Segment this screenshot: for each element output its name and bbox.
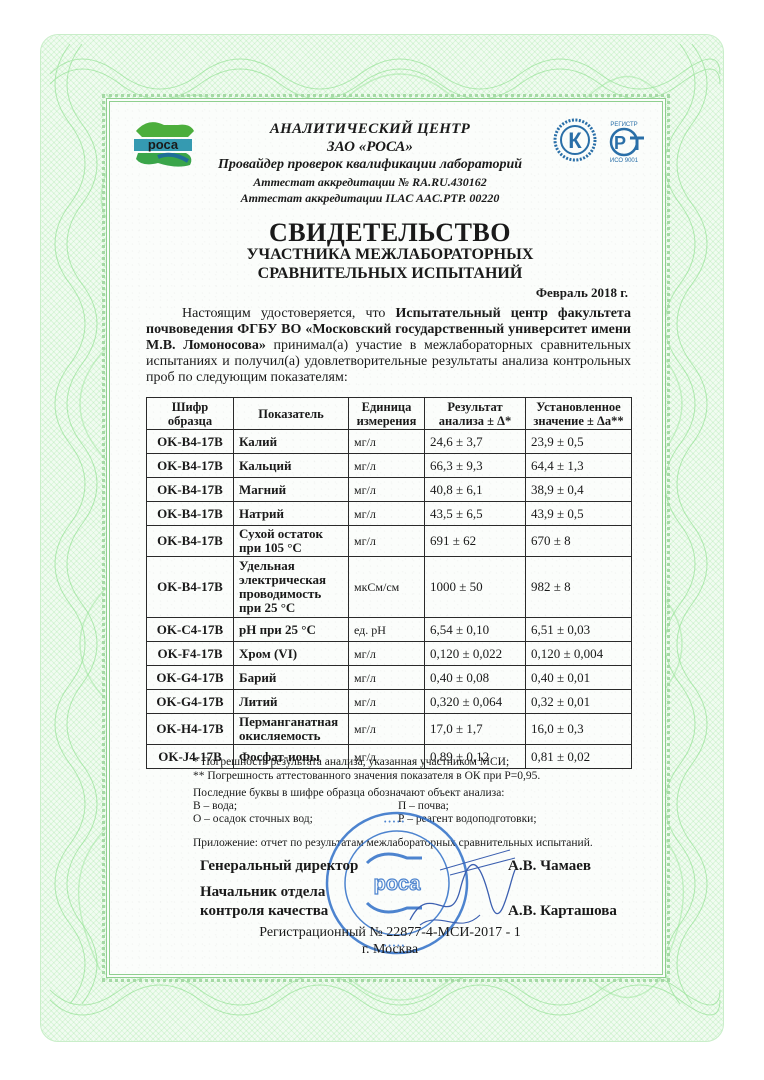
- city: г. Москва: [200, 941, 580, 958]
- registration-block: Регистрационный № 22877-4-МСИ-2017 - 1 г…: [200, 924, 580, 958]
- indicator-cell: Сухой остаток при 105 °С: [234, 526, 349, 557]
- table-row: OK-G4-17BБариймг/л0,40 ± 0,080,40 ± 0,01: [147, 666, 632, 690]
- table-row: OK-B4-17BСухой остаток при 105 °Смг/л691…: [147, 526, 632, 557]
- reference-cell: 982 ± 8: [526, 557, 632, 618]
- result-cell: 40,8 ± 6,1: [425, 478, 526, 502]
- reference-cell: 6,51 ± 0,03: [526, 618, 632, 642]
- table-row: OK-B4-17BКальциймг/л66,3 ± 9,364,4 ± 1,3: [147, 454, 632, 478]
- svg-text:Р: Р: [614, 133, 626, 153]
- table-row: OK-H4-17BПерманганатная окисляемостьмг/л…: [147, 714, 632, 745]
- rosa-logo-icon: роса: [128, 117, 198, 169]
- indicator-cell: Литий: [234, 690, 349, 714]
- qc-title-line-1: Начальник отдела: [200, 883, 328, 902]
- accreditation-1: Аттестат аккредитации № RA.RU.430162: [200, 174, 540, 190]
- sample-code-cell: OK-B4-17B: [147, 502, 234, 526]
- statement-prefix: Настоящим удостоверяется, что: [182, 306, 395, 321]
- table-row: OK-G4-17BЛитиймг/л0,320 ± 0,0640,32 ± 0,…: [147, 690, 632, 714]
- indicator-cell: Кальций: [234, 454, 349, 478]
- qc-head-title: Начальник отдела контроля качества: [200, 883, 328, 921]
- unit-cell: мг/л: [349, 642, 425, 666]
- sample-code-cell: OK-B4-17B: [147, 557, 234, 618]
- subtitle-line-1: УЧАСТНИКА МЕЖЛАБОРАТОРНЫХ: [130, 245, 650, 264]
- reference-cell: 0,120 ± 0,004: [526, 642, 632, 666]
- col-header-indicator: Показатель: [234, 398, 349, 430]
- accreditation-k-badge-icon: К: [553, 118, 597, 162]
- reference-cell: 0,32 ± 0,01: [526, 690, 632, 714]
- table-row: OK-B4-17BМагниймг/л40,8 ± 6,138,9 ± 0,4: [147, 478, 632, 502]
- legend-water: В – вода;: [193, 800, 338, 813]
- indicator-cell: Хром (VI): [234, 642, 349, 666]
- sample-code-cell: OK-C4-17B: [147, 618, 234, 642]
- sample-code-cell: OK-B4-17B: [147, 526, 234, 557]
- indicator-cell: Магний: [234, 478, 349, 502]
- indicator-cell: Перманганатная окисляемость: [234, 714, 349, 745]
- unit-cell: ед. pH: [349, 618, 425, 642]
- subtitle-line-2: СРАВНИТЕЛЬНЫХ ИСПЫТАНИЙ: [130, 264, 650, 283]
- result-cell: 691 ± 62: [425, 526, 526, 557]
- result-cell: 6,54 ± 0,10: [425, 618, 526, 642]
- sample-code-cell: OK-B4-17B: [147, 454, 234, 478]
- unit-cell: мг/л: [349, 430, 425, 454]
- indicator-cell: Натрий: [234, 502, 349, 526]
- result-cell: 1000 ± 50: [425, 557, 526, 618]
- certificate-statement: Настоящим удостоверяется, что Испытатель…: [146, 306, 631, 386]
- issuer-provider: Провайдер проверок квалификации лаборато…: [200, 156, 540, 174]
- director-title: Генеральный директор: [200, 857, 358, 876]
- gost-iso-badge-icon: РЕГИСТР Р ИСО 9001: [600, 118, 648, 164]
- svg-text:• • • • •: • • • • •: [384, 819, 405, 826]
- svg-text:РЕГИСТР: РЕГИСТР: [610, 122, 637, 128]
- accreditation-2: Аттестат аккредитации ILAC AAC.PTP. 0022…: [200, 190, 540, 206]
- table-header-row: Шифр образца Показатель Единица измерени…: [147, 398, 632, 430]
- result-cell: 24,6 ± 3,7: [425, 430, 526, 454]
- result-cell: 66,3 ± 9,3: [425, 454, 526, 478]
- unit-cell: мг/л: [349, 526, 425, 557]
- reference-cell: 43,9 ± 0,5: [526, 502, 632, 526]
- footnote-2: ** Погрешность аттестованного значения п…: [193, 769, 643, 783]
- reference-cell: 0,40 ± 0,01: [526, 666, 632, 690]
- reference-cell: 64,4 ± 1,3: [526, 454, 632, 478]
- col-header-unit: Единица измерения: [349, 398, 425, 430]
- table-row: OK-C4-17BpH при 25 °Сед. pH6,54 ± 0,106,…: [147, 618, 632, 642]
- table-row: OK-B4-17BНатриймг/л43,5 ± 6,543,9 ± 0,5: [147, 502, 632, 526]
- unit-cell: мг/л: [349, 714, 425, 745]
- registration-number: Регистрационный № 22877-4-МСИ-2017 - 1: [200, 924, 580, 941]
- table-row: OK-B4-17BКалиймг/л24,6 ± 3,723,9 ± 0,5: [147, 430, 632, 454]
- result-cell: 0,40 ± 0,08: [425, 666, 526, 690]
- svg-text:ИСО 9001: ИСО 9001: [610, 158, 639, 164]
- table-row: OK-F4-17BХром (VI)мг/л0,120 ± 0,0220,120…: [147, 642, 632, 666]
- sample-code-cell: OK-B4-17B: [147, 430, 234, 454]
- certificate-date: Февраль 2018 г.: [536, 285, 628, 301]
- unit-cell: мг/л: [349, 502, 425, 526]
- result-cell: 0,320 ± 0,064: [425, 690, 526, 714]
- unit-cell: мг/л: [349, 454, 425, 478]
- unit-cell: мг/л: [349, 690, 425, 714]
- issuer-title: АНАЛИТИЧЕСКИЙ ЦЕНТР: [200, 120, 540, 138]
- legend-sludge: О – осадок сточных вод;: [193, 813, 338, 826]
- col-header-result: Результат анализа ± Δ*: [425, 398, 526, 430]
- issuer-info: АНАЛИТИЧЕСКИЙ ЦЕНТР ЗАО «РОСА» Провайдер…: [200, 120, 540, 206]
- issuer-name: ЗАО «РОСА»: [200, 138, 540, 156]
- results-table: Шифр образца Показатель Единица измерени…: [146, 397, 632, 769]
- sample-code-cell: OK-H4-17B: [147, 714, 234, 745]
- footnotes: * Погрешность результата анализа, указан…: [193, 755, 643, 783]
- qc-head-name: А.В. Карташова: [508, 902, 617, 921]
- result-cell: 43,5 ± 6,5: [425, 502, 526, 526]
- svg-text:роса: роса: [148, 137, 179, 152]
- sample-code-cell: OK-F4-17B: [147, 642, 234, 666]
- table-row: OK-B4-17BУдельная электрическая проводим…: [147, 557, 632, 618]
- indicator-cell: pH при 25 °С: [234, 618, 349, 642]
- indicator-cell: Барий: [234, 666, 349, 690]
- unit-cell: мг/л: [349, 478, 425, 502]
- svg-text:К: К: [568, 128, 582, 153]
- reference-cell: 670 ± 8: [526, 526, 632, 557]
- col-header-code: Шифр образца: [147, 398, 234, 430]
- result-cell: 17,0 ± 1,7: [425, 714, 526, 745]
- legend-title: Последние буквы в шифре образца обознача…: [193, 787, 643, 800]
- certificate-title: СВИДЕТЕЛЬСТВО: [130, 219, 650, 247]
- director-name: А.В. Чамаев: [508, 857, 591, 876]
- footnote-1: * Погрешность результата анализа, указан…: [193, 755, 643, 769]
- qc-title-line-2: контроля качества: [200, 902, 328, 921]
- results-table-body: OK-B4-17BКалиймг/л24,6 ± 3,723,9 ± 0,5OK…: [147, 430, 632, 769]
- col-header-reference: Установленное значение ± Δа**: [526, 398, 632, 430]
- sample-code-cell: OK-B4-17B: [147, 478, 234, 502]
- reference-cell: 23,9 ± 0,5: [526, 430, 632, 454]
- sample-code-cell: OK-G4-17B: [147, 690, 234, 714]
- unit-cell: мг/л: [349, 666, 425, 690]
- indicator-cell: Калий: [234, 430, 349, 454]
- indicator-cell: Удельная электрическая проводимость при …: [234, 557, 349, 618]
- unit-cell: мкСм/см: [349, 557, 425, 618]
- reference-cell: 16,0 ± 0,3: [526, 714, 632, 745]
- certificate-subtitle: УЧАСТНИКА МЕЖЛАБОРАТОРНЫХ СРАВНИТЕЛЬНЫХ …: [130, 245, 650, 283]
- sample-code-cell: OK-G4-17B: [147, 666, 234, 690]
- reference-cell: 38,9 ± 0,4: [526, 478, 632, 502]
- result-cell: 0,120 ± 0,022: [425, 642, 526, 666]
